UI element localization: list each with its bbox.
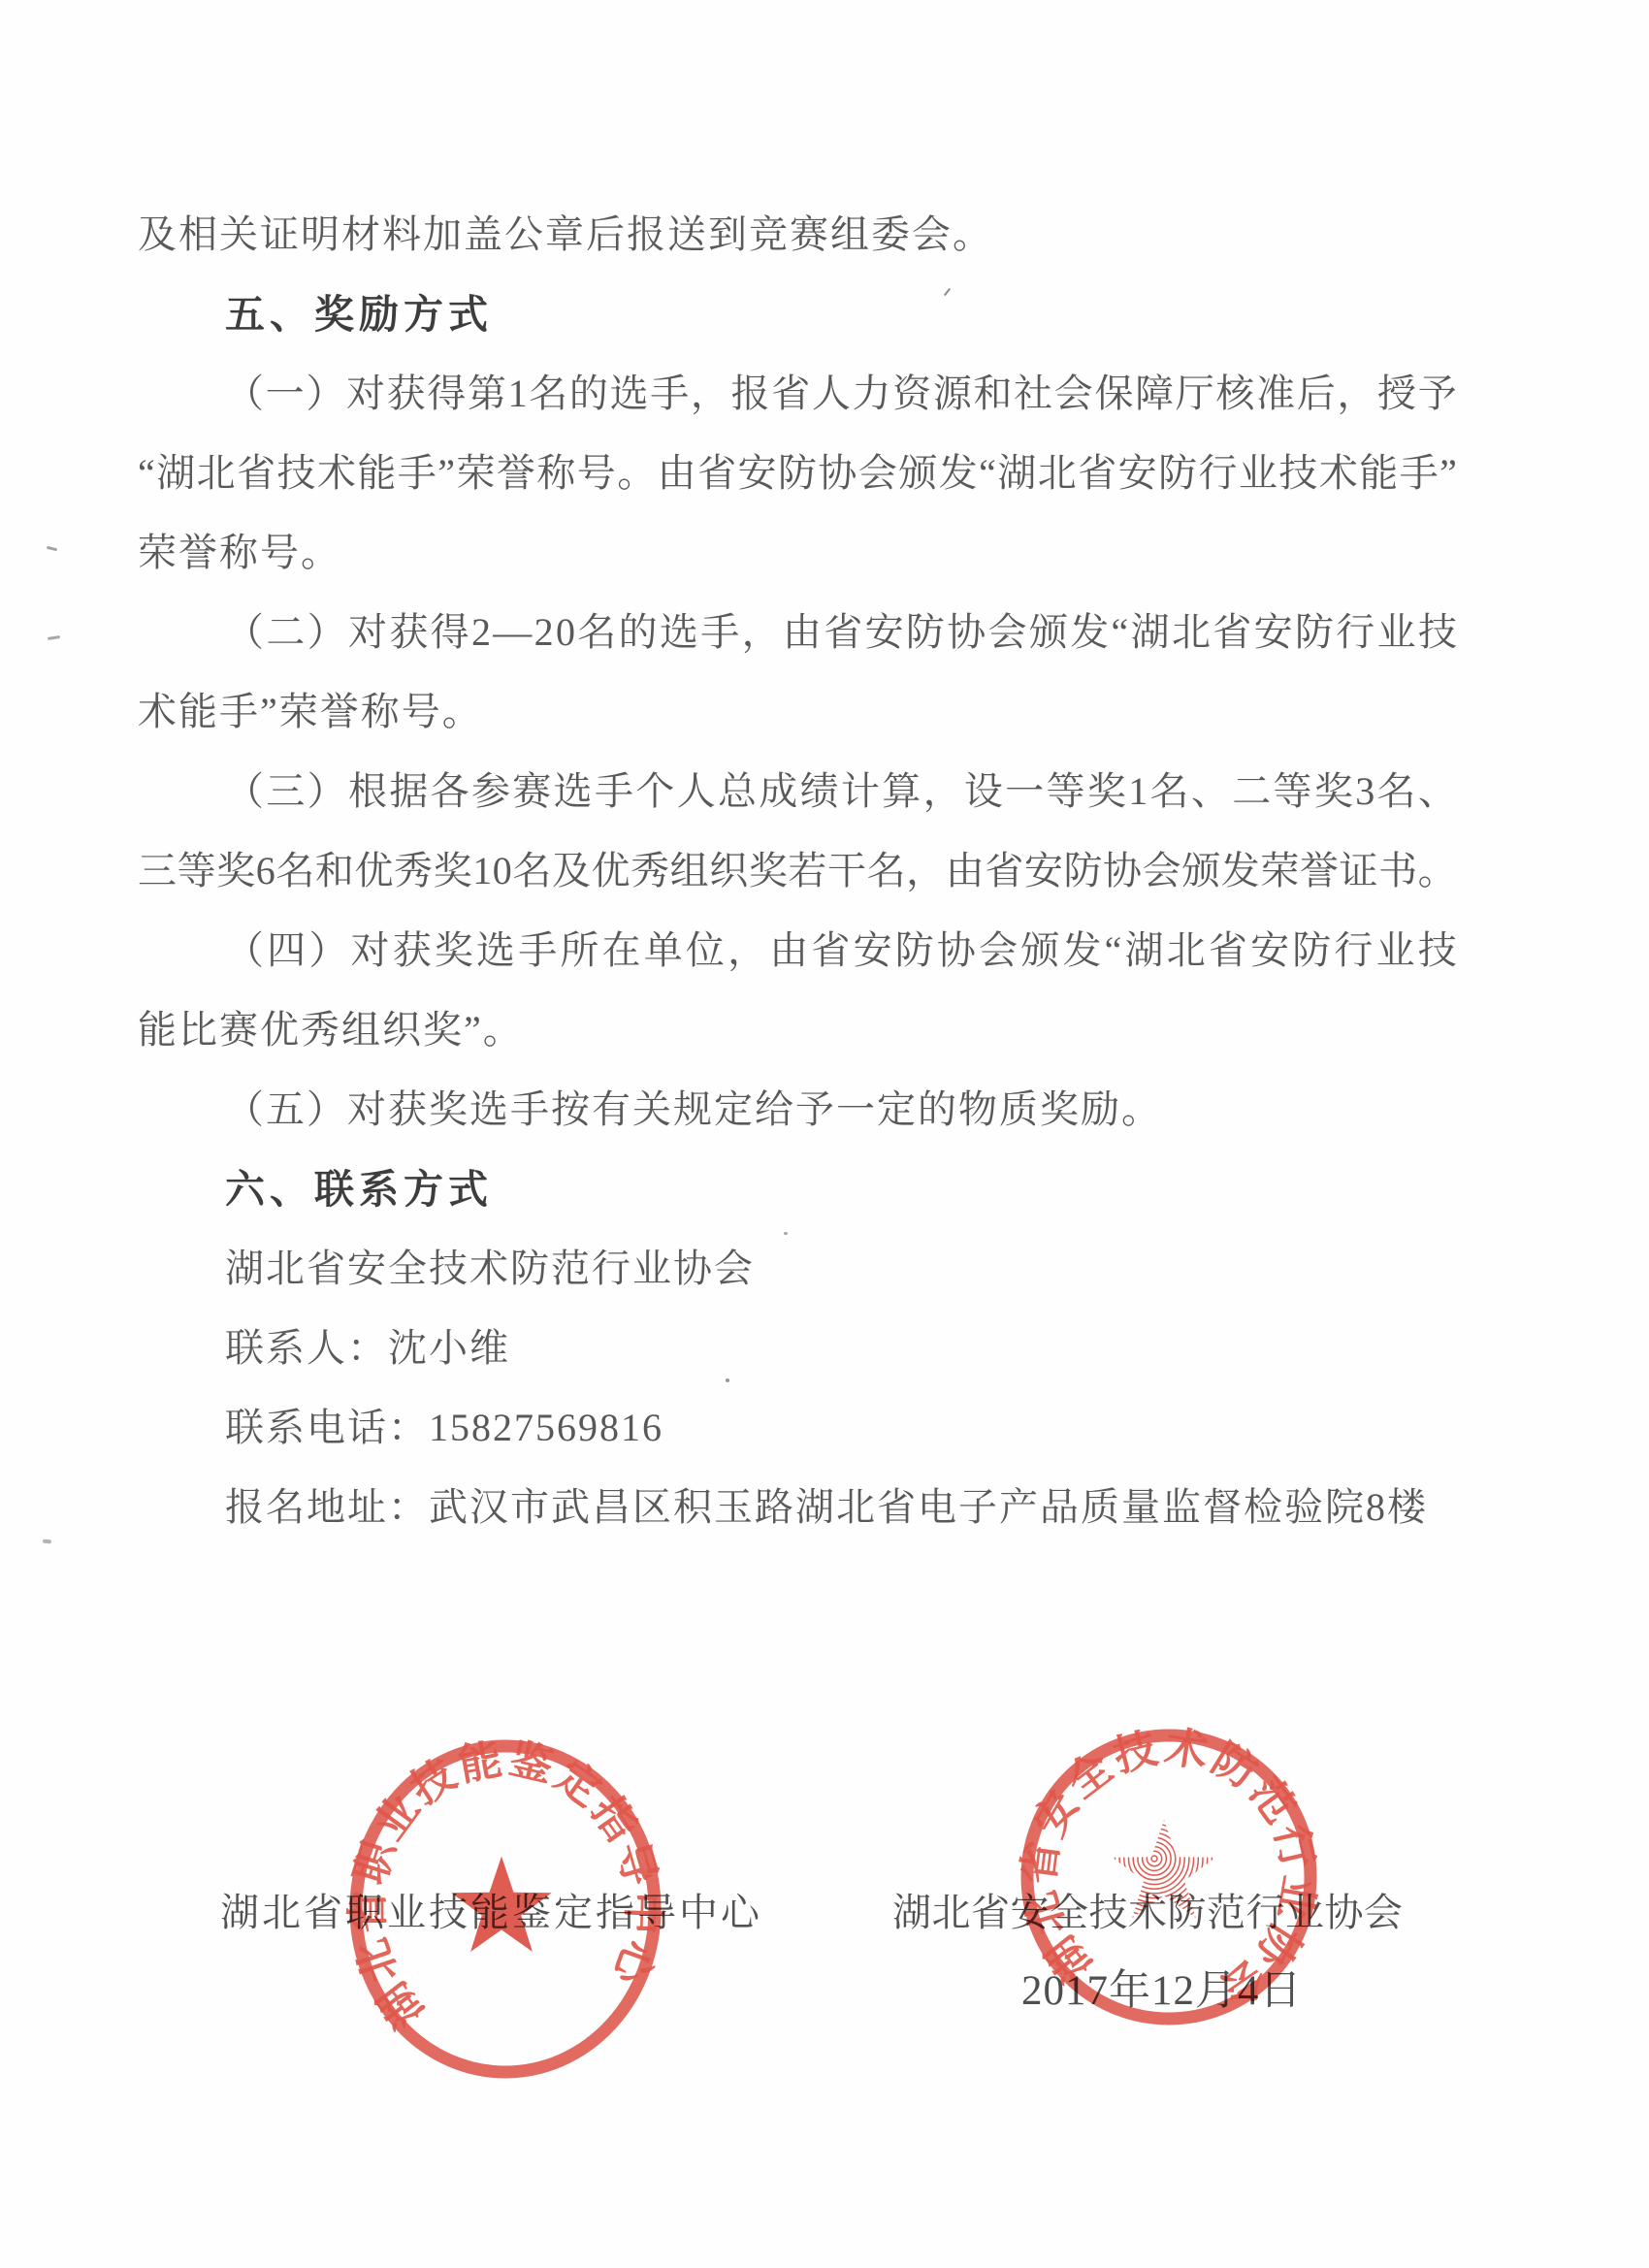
body-line: 术能手”荣誉称号。 (138, 672, 1457, 752)
body-line: （五）对获奖选手按有关规定给予一定的物质奖励。 (138, 1070, 1457, 1150)
body-line: “湖北省技术能手”荣誉称号。由省安防协会颁发“湖北省安防行业技术能手” (138, 434, 1457, 513)
body-line: （二）对获得2—20名的选手，由省安防协会颁发“湖北省安防行业技 (138, 593, 1457, 672)
body-line: （四）对获奖选手所在单位，由省安防协会颁发“湖北省安防行业技 (138, 911, 1457, 990)
body-line: （三）根据各参赛选手个人总成绩计算，设一等奖1名、二等奖3名、 (138, 752, 1457, 831)
signature-date: 2017年12月4日 (1021, 1967, 1303, 2016)
scan-artifact (726, 1378, 729, 1382)
body-line: 三等奖6名和优秀奖10名及优秀组织奖若干名，由省安防协会颁发荣誉证书。 (138, 831, 1457, 911)
contact-person-line: 联系人：沈小维 (138, 1309, 1457, 1388)
seal-arc-text: 湖北省职业技能鉴定指导中心 (344, 1735, 666, 2036)
document-page: 及相关证明材料加盖公章后报送到竞赛组委会。 五、奖励方式 （一）对获得第1名的选… (0, 0, 1649, 2268)
scan-artifact (47, 546, 57, 552)
right-signature-org: 湖北省安全技术防范行业协会 (892, 1890, 1404, 1936)
document-body: 及相关证明材料加盖公章后报送到竞赛组委会。 五、奖励方式 （一）对获得第1名的选… (138, 195, 1457, 1547)
left-signature-org: 湖北省职业技能鉴定指导中心 (220, 1890, 762, 1936)
section-heading-contact: 六、联系方式 (138, 1150, 1457, 1229)
contact-org-line: 湖北省安全技术防范行业协会 (138, 1229, 1457, 1309)
scan-artifact (48, 635, 60, 640)
scan-artifact (43, 1539, 51, 1544)
section-heading-awards: 五、奖励方式 (138, 275, 1457, 354)
body-line: （一）对获得第1名的选手，报省人力资源和社会保障厅核准后，授予 (138, 354, 1457, 434)
body-line: 荣誉称号。 (138, 513, 1457, 593)
contact-address-line: 报名地址：武汉市武昌区积玉路湖北省电子产品质量监督检验院8楼 (138, 1468, 1457, 1547)
scan-artifact (784, 1232, 788, 1235)
contact-phone-line: 联系电话：15827569816 (138, 1388, 1457, 1468)
body-line: 及相关证明材料加盖公章后报送到竞赛组委会。 (138, 195, 1457, 275)
body-line: 能比赛优秀组织奖”。 (138, 990, 1457, 1070)
